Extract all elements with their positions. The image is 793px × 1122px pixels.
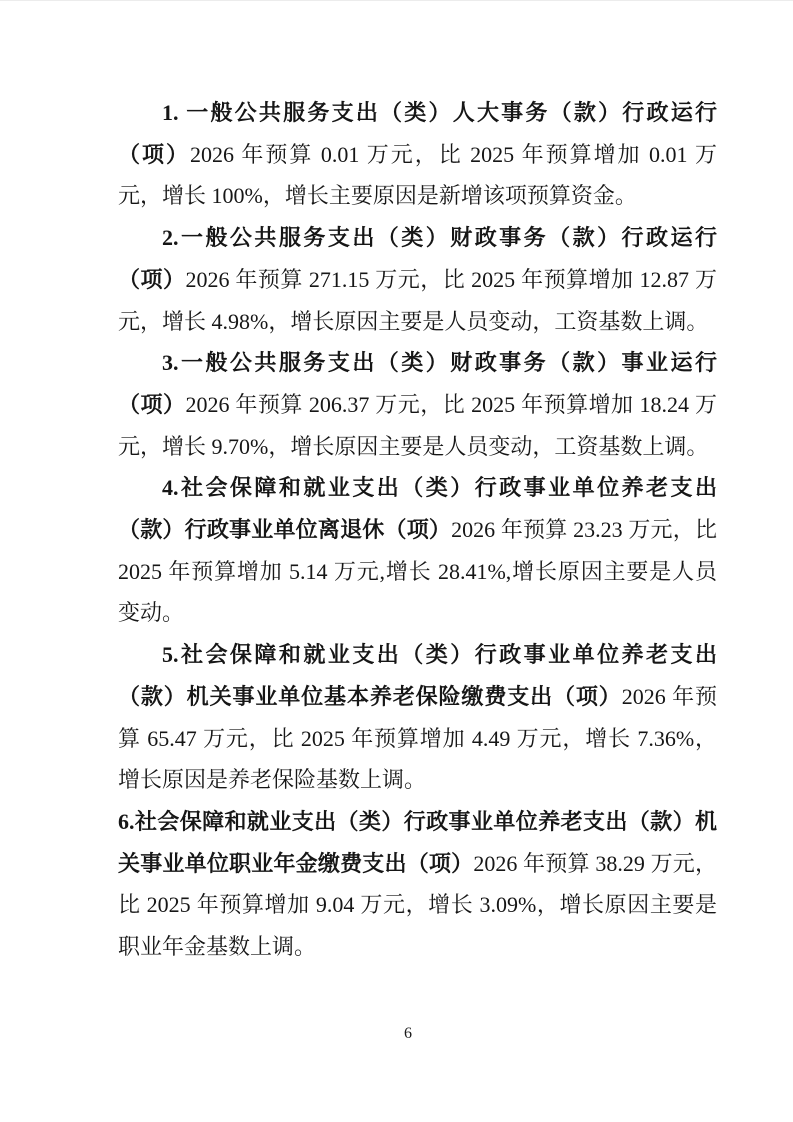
budget-item-paragraph: 4.社会保障和就业支出（类）行政事业单位养老支出（款）行政事业单位离退休（项）2… bbox=[118, 467, 717, 634]
budget-item-paragraph: 1. 一般公共服务支出（类）人大事务（款）行政运行（项）2026 年预算 0.0… bbox=[118, 92, 717, 217]
document-page: 1. 一般公共服务支出（类）人大事务（款）行政运行（项）2026 年预算 0.0… bbox=[0, 0, 793, 1122]
budget-item-body: 2026 年预算 0.01 万元，比 2025 年预算增加 0.01 万元，增长… bbox=[118, 142, 717, 209]
document-body: 1. 一般公共服务支出（类）人大事务（款）行政运行（项）2026 年预算 0.0… bbox=[118, 92, 717, 968]
budget-item-paragraph: 5.社会保障和就业支出（类）行政事业单位养老支出（款）机关事业单位基本养老保险缴… bbox=[118, 634, 717, 801]
page-number: 6 bbox=[112, 1024, 704, 1044]
budget-item-body: 2026 年预算 206.37 万元，比 2025 年预算增加 18.24 万元… bbox=[118, 392, 717, 459]
budget-item-paragraph: 2.一般公共服务支出（类）财政事务（款）行政运行（项）2026 年预算 271.… bbox=[118, 217, 717, 342]
budget-item-paragraph: 3.一般公共服务支出（类）财政事务（款）事业运行（项）2026 年预算 206.… bbox=[118, 342, 717, 467]
budget-item-paragraph: 6.社会保障和就业支出（类）行政事业单位养老支出（款）机关事业单位职业年金缴费支… bbox=[118, 801, 717, 968]
budget-item-body: 2026 年预算 271.15 万元，比 2025 年预算增加 12.87 万元… bbox=[118, 267, 717, 334]
